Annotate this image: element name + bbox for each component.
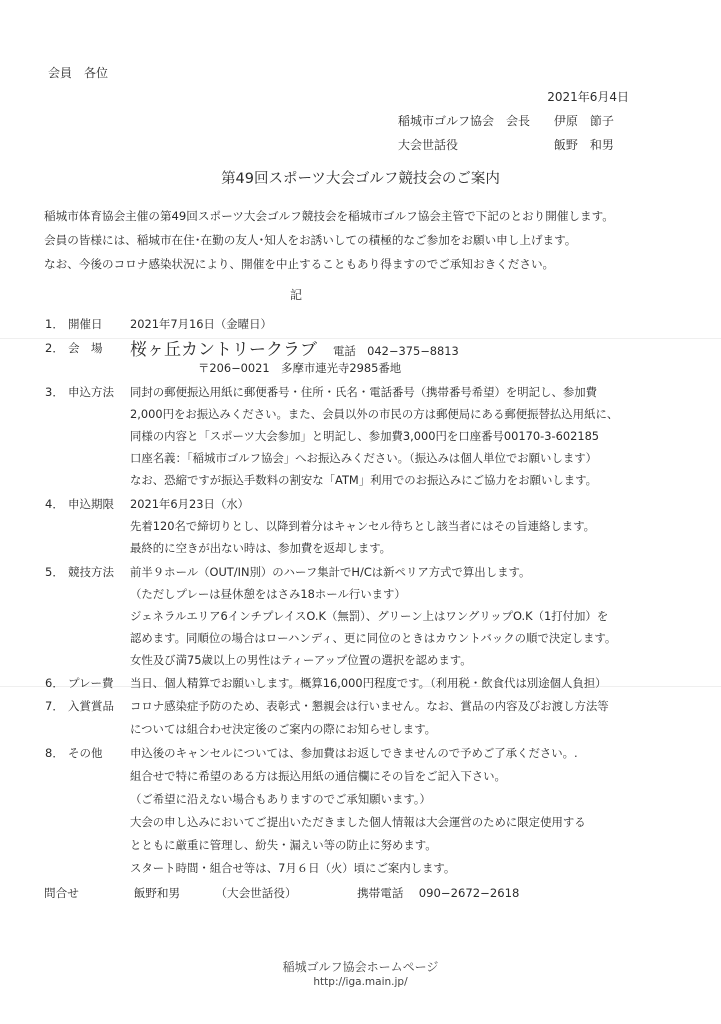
item-number: 4． [45,496,64,512]
item-number: 7． [45,698,64,714]
item-label: その他 [68,745,103,761]
contact-label: 問合せ [44,885,130,901]
venue-name: 桜ヶ丘カントリークラブ [130,340,317,360]
contact-role: （大会世話役） [215,885,353,901]
ki-heading: 記 [290,286,302,303]
contact-phone: 090−2672−2618 [419,886,520,900]
item-other: 8． その他 申込後のキャンセルについては、参加費はお返しできませんので予めご了… [0,745,721,765]
item-number: 8． [45,745,64,761]
item-text: 認めます。同順位の場合はローハンディ、更に同位のときはカウントバックの順で決定し… [130,630,616,646]
item-text: コロナ感染症予防のため、表彰式・懇親会は行いません。なお、賞品の内容及びお渡し方… [130,698,609,714]
venue-address: 〒206−0021 多摩市連光寺2985番地 [198,360,401,376]
item-label: 会 場 [68,340,103,356]
item-text: 2021年7月16日（金曜日） [130,316,272,332]
contact-name: 飯野和男 [134,885,190,901]
item-number: 3． [45,384,64,400]
item-text: 2021年6月23日（水） [130,496,249,512]
item-text: とともに厳重に管理し、紛失・漏えい等の防止に努めます。 [130,837,437,853]
item-label: 入賞賞品 [68,698,114,714]
item-number: 6． [45,675,64,691]
item-text: （ただしプレーは昼休憩をはさみ18ホール行います） [130,586,406,602]
venue-address-row: 〒206−0021 多摩市連光寺2985番地 [0,360,721,380]
item-label: 申込期限 [68,496,114,512]
intro-line: 稲城市体育協会主催の第49回スポーツ大会ゴルフ競技会を稲城市ゴルフ協会主管で下記… [44,208,614,224]
item-text: については組合わせ決定後のご案内の際にお知らせします。 [130,721,436,737]
sender-chairperson: 稲城市ゴルフ協会 会長 伊原 節子 [398,112,614,129]
item-text: 前半９ホール（OUT/IN別）のハーフ集計でH/Cは新ペリア方式で算出します。 [130,564,530,580]
item-text: 組合せで特に希望のある方は振込用紙の通信欄にその旨をご記入下さい。 [130,768,506,784]
item-text: スタート時間・組合せ等は、7月６日（火）頃にご案内します。 [130,860,455,876]
item-label: プレー費 [68,675,114,691]
item-number: 2． [45,340,64,356]
sender-organizer: 大会世話役 飯野 和男 [398,136,614,153]
item-text: （ご希望に沿えない場合もありますのでご承知願います。） [130,791,431,807]
item-prizes: 7． 入賞賞品 コロナ感染症予防のため、表彰式・懇親会は行いません。なお、賞品の… [0,698,721,718]
item-text: 女性及び満75歳以上の男性はティーアップ位置の選択を認めます。 [130,652,472,668]
item-date: 1． 開催日 2021年7月16日（金曜日） [0,316,721,336]
addressee: 会員 各位 [48,64,108,81]
item-text: 最終的に空きが出ない時は、参加費を返却します。 [130,540,391,556]
footer-homepage-url[interactable]: http://iga.main.jp/ [0,976,721,988]
sender-org: 稲城市ゴルフ協会 会長 [398,112,550,129]
item-text: 当日、個人精算でお願いします。概算16,000円程度です。（利用税・飲食代は別途… [130,675,607,691]
venue-line: 桜ヶ丘カントリークラブ電話 042−375−8813 [130,335,459,360]
item-deadline: 4． 申込期限 2021年6月23日（水） [0,496,721,516]
intro-line: なお、今後のコロナ感染状況により、開催を中止することもあり得ますのでご承知おきく… [44,256,554,272]
item-text: なお、恐縮ですが振込手数料の割安な「ATM」利用でのお振込みにご協力をお願いしま… [130,472,597,488]
item-number: 1． [45,316,64,332]
venue-phone: 電話 042−375−8813 [333,344,459,358]
item-text: 先着120名で締切りとし、以降到着分はキャンセル待ちとし該当者にはその旨連絡しま… [130,518,595,534]
item-label: 申込方法 [68,384,114,400]
item-text: 申込後のキャンセルについては、参加費はお返しできませんので予めご了承ください。. [130,745,578,761]
item-text: 大会の申し込みにおいてご提出いただきました個人情報は大会運営のために限定使用する [130,814,586,830]
item-text: 口座名義：「稲城市ゴルフ協会」へお振込みください。（振込みは個人単位でお願いしま… [130,450,597,466]
sender-name: 伊原 節子 [554,112,614,129]
sender-name: 飯野 和男 [554,136,614,153]
item-text: 2,000円をお振込みください。また、会員以外の市民の方は郵便局にある郵便振替払… [130,406,618,422]
item-text: ジェネラルエリア6インチプレイスO.K（無罰）、グリーン上はワングリップO.K（… [130,608,608,624]
item-text: 同様の内容と「スポーツ大会参加」と明記し、参加費3,000円を口座番号00170… [130,428,599,444]
item-label: 競技方法 [68,564,114,580]
item-competition-method: 5． 競技方法 前半９ホール（OUT/IN別）のハーフ集計でH/Cは新ペリア方式… [0,564,721,584]
document-date: 2021年6月4日 [547,88,629,105]
intro-line: 会員の皆様には、稲城市在住･在勤の友人･知人をお誘いしての積極的なご参加をお願い… [44,232,576,248]
item-number: 5． [45,564,64,580]
item-application-method: 3． 申込方法 同封の郵便振込用紙に郵便番号・住所・氏名・電話番号（携帯番号希望… [0,384,721,404]
footer-homepage-title: 稲城ゴルフ協会ホームページ [0,958,721,975]
item-play-fee: 6． プレー費 当日、個人精算でお願いします。概算16,000円程度です。（利用… [0,675,721,695]
item-label: 開催日 [68,316,103,332]
item-text: 同封の郵便振込用紙に郵便番号・住所・氏名・電話番号（携帯番号希望）を明記し、参加… [130,384,597,400]
document-title: 第49回スポーツ大会ゴルフ競技会のご案内 [0,167,721,188]
contact-phone-label: 携帯電話 [357,885,415,901]
item-venue: 2． 会 場 桜ヶ丘カントリークラブ電話 042−375−8813 [0,337,721,357]
contact-info: 問合せ 飯野和男 （大会世話役） 携帯電話 090−2672−2618 [44,885,519,901]
sender-org: 大会世話役 [398,136,550,153]
